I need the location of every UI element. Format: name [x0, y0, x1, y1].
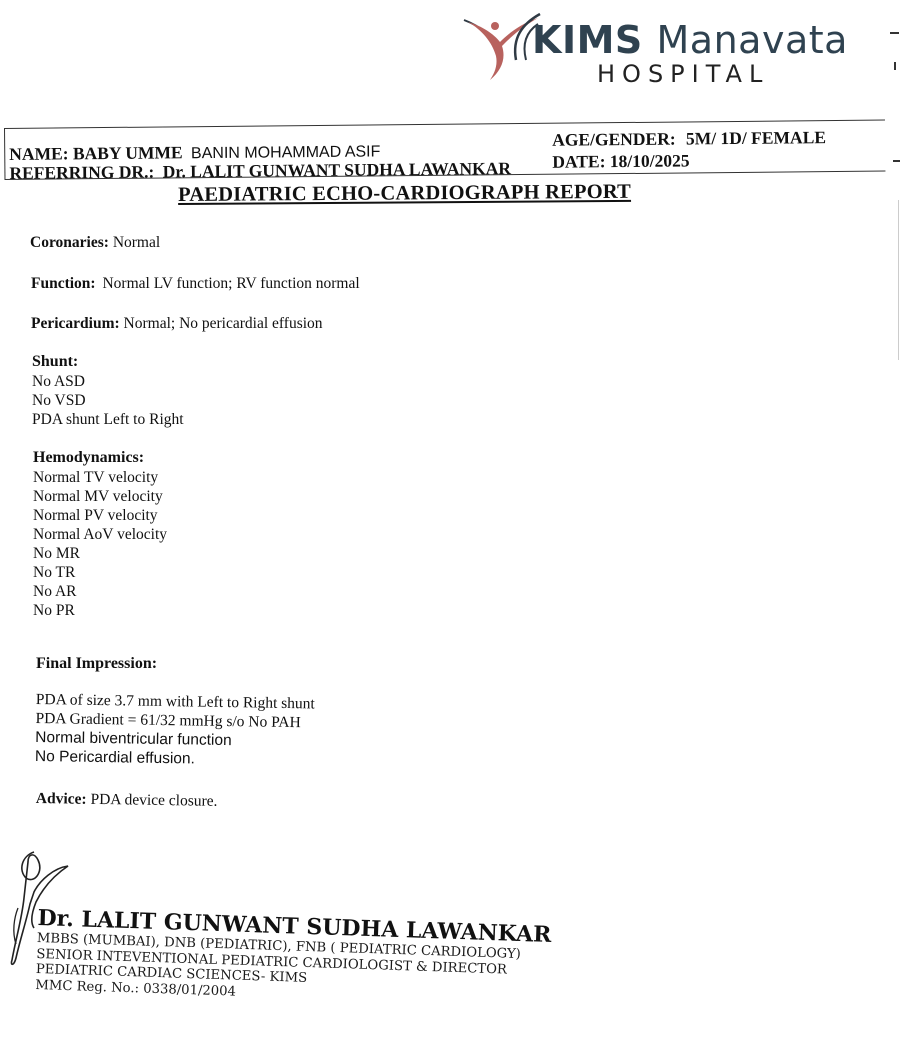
hospital-logo: KIMS Manavata HOSPITAL: [462, 12, 862, 92]
shunt-item: PDA shunt Left to Right: [32, 410, 184, 429]
hemodynamics-item: No MR: [33, 544, 167, 563]
edge-mark: [890, 32, 899, 34]
advice-label: Advice:: [36, 790, 87, 808]
coronaries-value: Normal: [113, 234, 160, 251]
signatory-block: Dr. LALIT GUNWANT SUDHA LAWANKAR MBBS (M…: [35, 905, 552, 1010]
hospital-subtitle: HOSPITAL: [597, 60, 769, 88]
report-date: DATE: 18/10/2025: [552, 150, 689, 172]
referring-doctor-label: REFERRING DR.:: [9, 162, 154, 183]
final-impression-list: PDA of size 3.7 mm with Left to Right sh…: [35, 690, 315, 770]
hemodynamics-item: No AR: [33, 582, 167, 601]
brand-bold: KIMS: [532, 18, 643, 62]
age-gender: AGE/GENDER: 5M/ 1D/ FEMALE: [552, 127, 826, 151]
figure-swoosh-logo-icon: [462, 12, 542, 82]
page-edge: [898, 200, 899, 360]
edge-mark: [894, 62, 896, 70]
function-field: Function: Normal LV function; RV functio…: [31, 275, 360, 293]
hospital-brand-name: KIMS Manavata: [532, 18, 848, 62]
hemodynamics-item: No PR: [33, 601, 167, 620]
date-label: DATE:: [552, 151, 605, 172]
function-label: Function:: [31, 275, 96, 292]
hemodynamics-item: Normal AoV velocity: [33, 525, 167, 544]
patient-name-label: NAME:: [9, 143, 68, 164]
advice-value: PDA device closure.: [90, 791, 217, 810]
hemodynamics-item: No TR: [33, 563, 167, 582]
pericardium-value: Normal; No pericardial effusion: [124, 315, 323, 332]
shunt-item: No ASD: [32, 372, 184, 391]
edge-mark: [893, 160, 900, 162]
pericardium-label: Pericardium:: [31, 315, 120, 332]
function-value: Normal LV function; RV function normal: [102, 275, 359, 292]
hemodynamics-item: Normal PV velocity: [33, 506, 167, 525]
advice-field: Advice: PDA device closure.: [36, 790, 218, 811]
final-impression-heading: Final Impression:: [36, 655, 157, 673]
coronaries-field: Coronaries: Normal: [30, 234, 160, 252]
age-gender-label: AGE/GENDER:: [552, 129, 676, 150]
shunt-list: No ASD No VSD PDA shunt Left to Right: [32, 372, 184, 429]
hemodynamics-item: Normal TV velocity: [33, 468, 167, 487]
report-title: PAEDIATRIC ECHO-CARDIOGRAPH REPORT: [178, 181, 631, 207]
shunt-heading: Shunt:: [32, 353, 78, 371]
coronaries-label: Coronaries:: [30, 234, 109, 251]
hemodynamics-item: Normal MV velocity: [33, 487, 167, 506]
patient-name-value-bold: BABY UMME: [73, 142, 183, 163]
brand-light: Manavata: [657, 18, 848, 62]
date-value: 18/10/2025: [610, 150, 690, 171]
referring-doctor-row: REFERRING DR.: Dr. LALIT GUNWANT SUDHA L…: [9, 158, 511, 184]
pericardium-field: Pericardium: Normal; No pericardial effu…: [31, 315, 323, 333]
patient-info-box: NAME: BABY UMME BANIN MOHAMMAD ASIF AGE/…: [4, 120, 885, 180]
shunt-item: No VSD: [32, 391, 184, 410]
impression-item: No Pericardial effusion.: [35, 747, 314, 770]
referring-doctor-value: Dr. LALIT GUNWANT SUDHA LAWANKAR: [163, 158, 511, 181]
hemodynamics-list: Normal TV velocity Normal MV velocity No…: [33, 468, 167, 620]
hemodynamics-heading: Hemodynamics:: [33, 449, 144, 467]
age-gender-value: 5M/ 1D/ FEMALE: [686, 127, 826, 148]
